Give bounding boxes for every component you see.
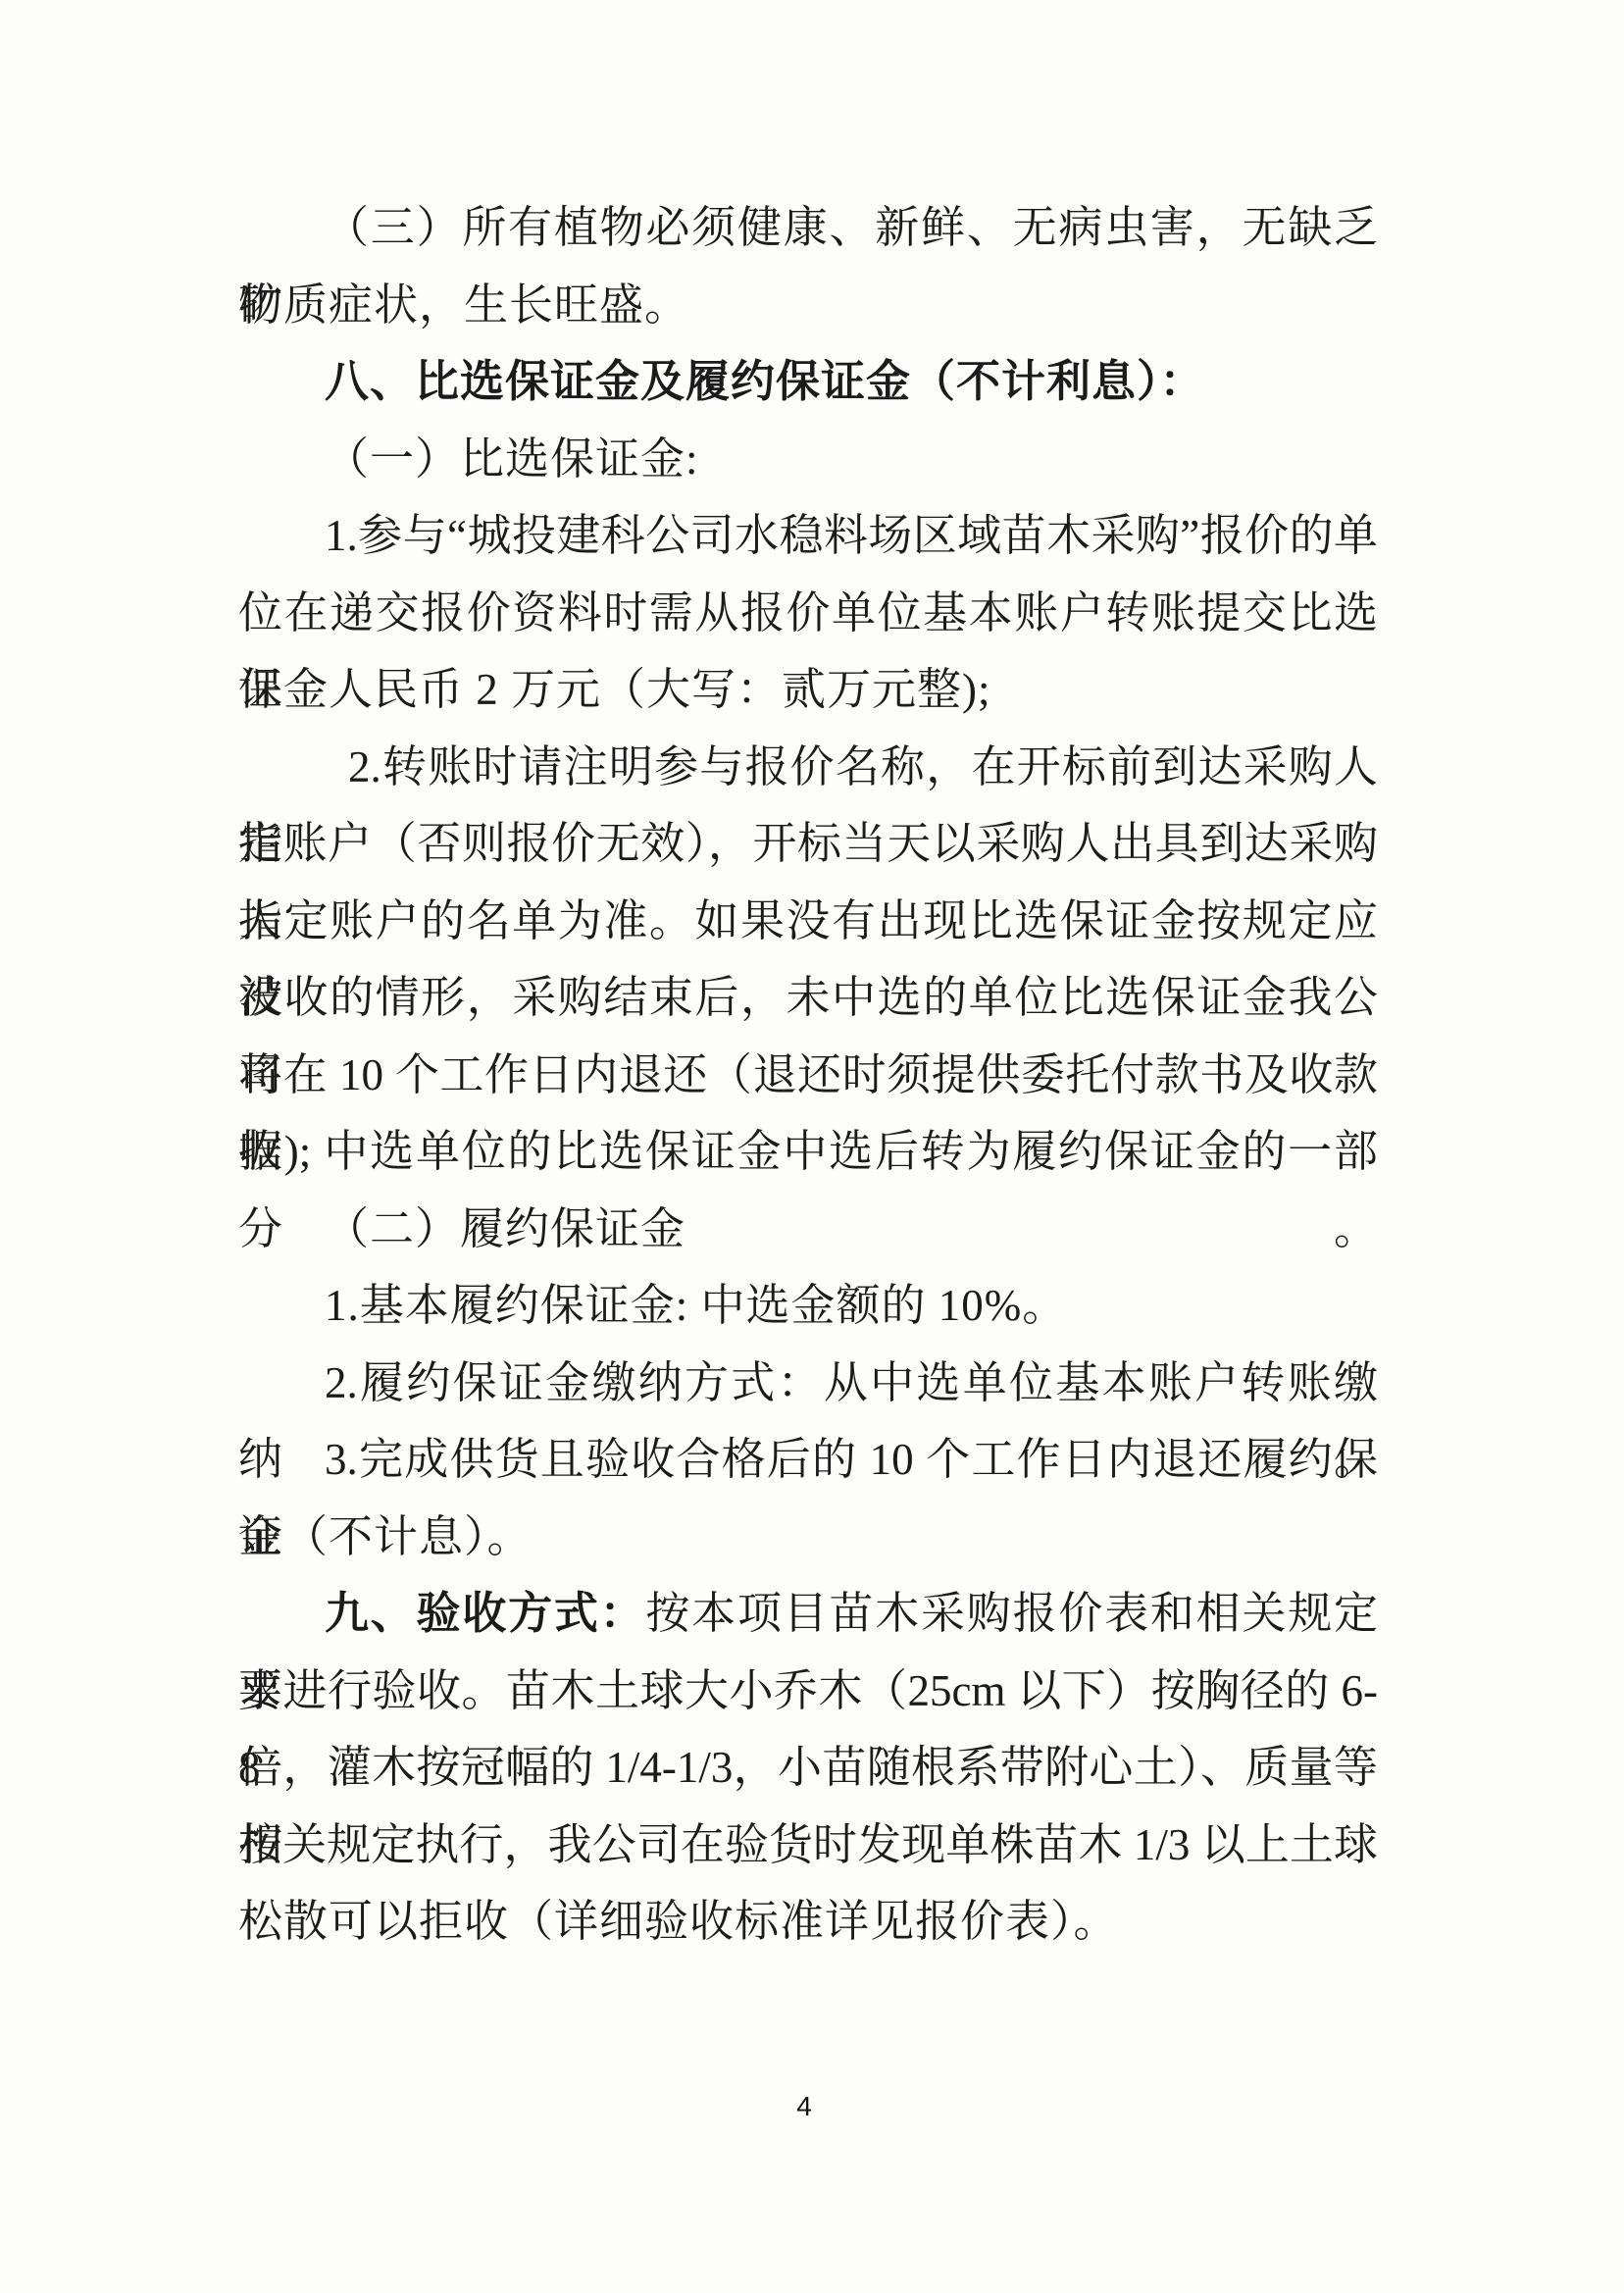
text-line: 证金人民币 2 万元（大写：贰万元整); (238, 651, 1378, 729)
text-run: 金（不计息）。 (238, 1512, 533, 1561)
text-run: 松散可以拒收（详细验收标准详见报价表）。 (238, 1897, 1119, 1946)
document-page: （三）所有植物必须健康、新鲜、无病虫害，无缺乏矿物质症状，生长旺盛。八、比选保证… (0, 0, 1624, 2293)
text-line: 指定账户的名单为准。如果没有出现比选保证金按规定应被 (238, 883, 1378, 960)
text-line: 2.转账时请注明参与报价名称，在开标前到达采购人指 (238, 729, 1378, 806)
text-line: 3.完成供货且验收合格后的 10 个工作日内退还履约保证 (238, 1421, 1378, 1499)
text-run: 相关规定执行，我公司在验货时发现单株苗木 1/3 以上土球 (238, 1820, 1378, 1869)
text-line: 将在 10 个工作日内退还（退还时须提供委托付款书及收款收 (238, 1037, 1378, 1114)
text-line: 2.履约保证金缴纳方式：从中选单位基本账户转账缴纳。 (238, 1345, 1378, 1422)
text-line: 九、验收方式：按本项目苗木采购报价表和相关规定要 (238, 1575, 1378, 1653)
page-number: 4 (796, 2091, 812, 2121)
text-line: 松散可以拒收（详细验收标准详见报价表）。 (238, 1883, 1378, 1961)
text-line: 物质症状，生长旺盛。 (238, 267, 1378, 344)
heading-text-run: 九、验收方式： (325, 1588, 645, 1638)
text-line: 求进行验收。苗木土球大小乔木（25cm 以下）按胸径的 6-8 (238, 1653, 1378, 1730)
text-run: 物质症状，生长旺盛。 (238, 280, 689, 330)
text-line: 1.基本履约保证金: 中选金额的 10%。 (238, 1267, 1378, 1345)
text-line: 没收的情形，采购结束后，未中选的单位比选保证金我公司 (238, 959, 1378, 1037)
text-line: （一）比选保证金: (238, 421, 1378, 498)
text-line: 定账户（否则报价无效），开标当天以采购人出具到达采购人 (238, 805, 1378, 883)
text-line: 1.参与“城投建科公司水稳料场区域苗木采购”报价的单 (238, 497, 1378, 575)
text-line: 八、比选保证金及履约保证金（不计利息）： (238, 343, 1378, 421)
text-run: 证金人民币 2 万元（大写：贰万元整); (238, 665, 991, 714)
page-footer: 4 (0, 2091, 1608, 2122)
text-run: （二）履约保证金 (325, 1204, 685, 1253)
text-line: 倍，灌木按冠幅的 1/4-1/3，小苗随根系带附心土）、质量等按 (238, 1729, 1378, 1807)
text-run: 1.参与“城投建科公司水稳料场区域苗木采购”报价的单 (325, 511, 1378, 560)
heading-text-run: 八、比选保证金及履约保证金（不计利息）： (325, 356, 1205, 406)
text-run: （一）比选保证金: (325, 434, 699, 484)
text-line: 位在递交报价资料时需从报价单位基本账户转账提交比选保 (238, 575, 1378, 652)
text-line: （三）所有植物必须健康、新鲜、无病虫害，无缺乏矿 (238, 189, 1378, 267)
text-run: 1.基本履约保证金: 中选金额的 10%。 (325, 1281, 1067, 1330)
text-line: 据); 中选单位的比选保证金中选后转为履约保证金的一部分。 (238, 1113, 1378, 1191)
text-line: 金（不计息）。 (238, 1499, 1378, 1576)
text-line: 相关规定执行，我公司在验货时发现单株苗木 1/3 以上土球 (238, 1807, 1378, 1884)
document-body: （三）所有植物必须健康、新鲜、无病虫害，无缺乏矿物质症状，生长旺盛。八、比选保证… (238, 189, 1378, 1961)
